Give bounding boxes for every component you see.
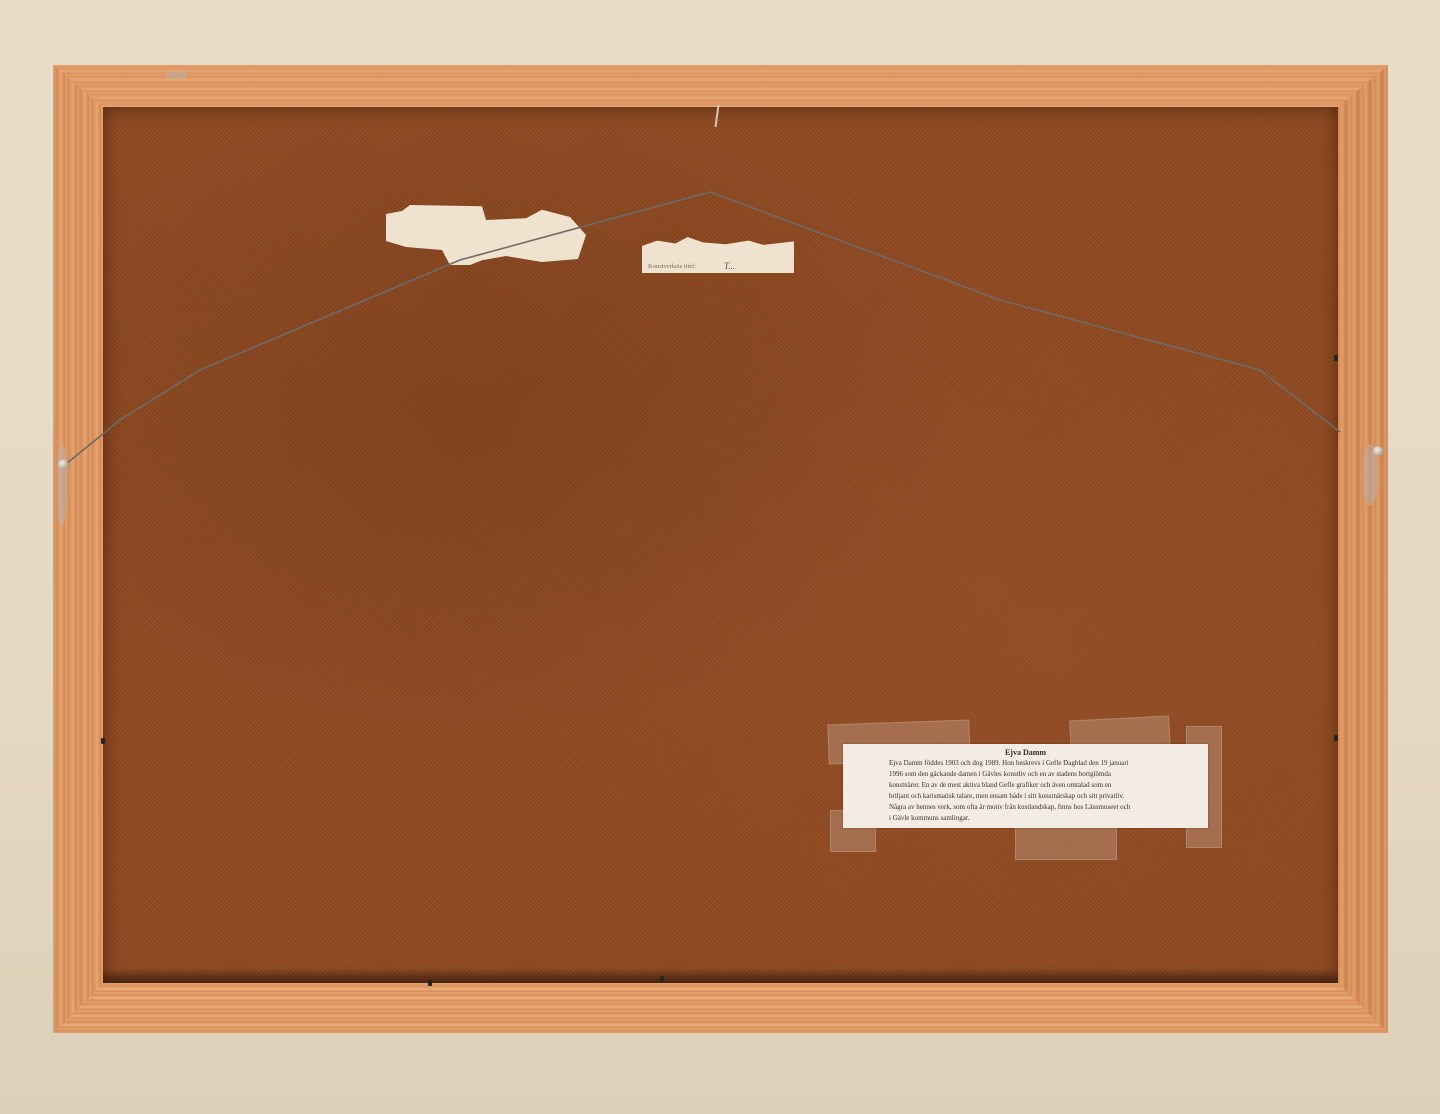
scrap-printed-text: Konstverkets titel:	[648, 263, 696, 270]
frame-rail-top	[53, 65, 1388, 107]
frame-rail-right	[1338, 65, 1388, 1033]
label-line: Några av hennes verk, som ofta är motiv …	[889, 802, 1200, 813]
label-title: Ejva Damm	[851, 748, 1200, 758]
nail	[1334, 355, 1338, 361]
label-line: briljant och karismatisk talare, men ens…	[889, 791, 1200, 802]
frame-rail-bottom	[53, 983, 1388, 1033]
frame-scuff	[57, 445, 67, 525]
board-shadow	[103, 969, 1338, 983]
label-body: Ejva Damm föddes 1903 och dog 1989. Hon …	[889, 758, 1200, 824]
backing-board	[103, 107, 1338, 983]
frame-scuff	[165, 71, 187, 79]
label-line: konstnärer. En av de mest aktiva bland G…	[889, 780, 1200, 791]
scrap-handwriting: T...	[724, 261, 735, 271]
hanging-ring-left	[58, 459, 68, 469]
label-line: 1996 som den gäckande damen i Gävles kon…	[889, 769, 1200, 780]
artist-biography-label: Ejva Damm Ejva Damm föddes 1903 och dog …	[843, 744, 1208, 828]
nail	[660, 976, 664, 982]
label-line: i Gävle kommuns samlingar.	[889, 813, 1200, 824]
nail	[428, 980, 432, 986]
picture-frame	[53, 65, 1388, 1033]
label-line: Ejva Damm föddes 1903 och dog 1989. Hon …	[889, 758, 1200, 769]
nail	[1334, 735, 1338, 741]
hanging-ring-right	[1373, 446, 1383, 456]
nail	[101, 738, 105, 744]
frame-rail-left	[53, 65, 103, 1033]
